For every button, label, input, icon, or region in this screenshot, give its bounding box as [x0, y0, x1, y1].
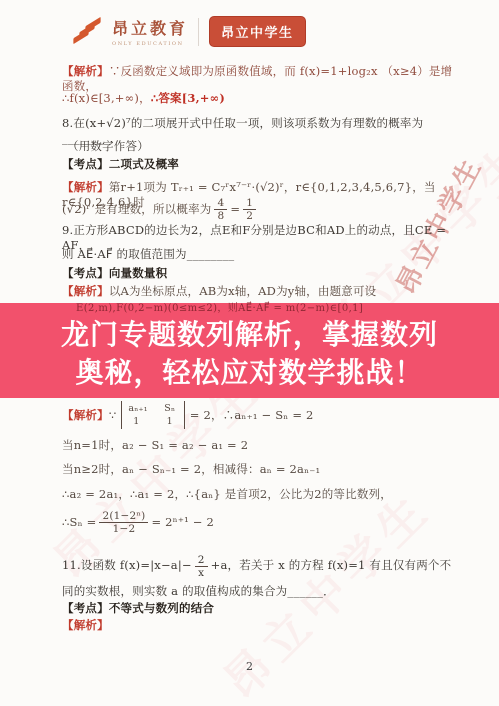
q9-question-line2: 则 AE⃗·AF⃗ 的取值范围为________ — [62, 247, 459, 262]
brand-name: 昂立教育 — [112, 16, 188, 39]
brand-tagline: ONLY EDUCATION — [112, 41, 188, 47]
brand-block: 昂立教育 ONLY EDUCATION — [112, 16, 188, 47]
fraction: 2(1−2ⁿ)1−2 — [99, 510, 148, 535]
q11-question: 11.设函数 f(x)=|x−a|−2x+a，若关于 x 的方程 f(x)=1 … — [62, 553, 459, 604]
analysis-label: 【解析】 — [62, 618, 109, 632]
fraction: 2x — [195, 554, 208, 579]
topic-label: 【考点】 — [62, 157, 109, 171]
q9-solution-line1: 【解析】以A为坐标原点，AB为x轴，AD为y轴，由题意可设 — [62, 284, 459, 299]
analysis-label: 【解析】 — [62, 408, 109, 423]
q9-topic: 【考点】向量数量积 — [62, 266, 459, 281]
q9-solution-line2: E(2,m),F(0,2−m)(0≤m≤2)，则AE⃗·AF⃗ = m(2−m)… — [76, 299, 363, 314]
q8-note: （用数字作答） — [67, 139, 459, 154]
header-divider — [198, 18, 199, 46]
determinant: aₙ₊₁Sₙ 11 — [121, 401, 184, 429]
q8-topic: 【考点】二项式及概率 — [62, 157, 459, 172]
promo-line2: 奥秘，轻松应对数学挑战！ — [0, 354, 499, 392]
q10-solution-line3: 当n≥2时，aₙ − Sₙ₋₁ = 2，相减得：aₙ = 2aₙ₋₁ — [62, 462, 459, 477]
q11-topic: 【考点】不等式与数列的结合 — [62, 601, 459, 616]
brand-logo-icon — [72, 19, 102, 45]
fraction: 12 — [243, 197, 256, 222]
analysis-label: 【解析】 — [62, 64, 109, 78]
q8-solution-line2: (√2)ʳ 是有理数，所以概率为 48 = 12 — [62, 197, 459, 222]
topic-label: 【考点】 — [62, 266, 109, 280]
promo-banner-text: 龙门专题数列解析，掌握数列 奥秘，轻松应对数学挑战！ — [0, 316, 499, 392]
analysis-label: 【解析】 — [62, 284, 109, 298]
q10-solution-line2: 当n=1时，a₂ − S₁ = a₂ − a₁ = 2 — [62, 438, 459, 453]
q7-solution-line1: 【解析】∵反函数定义域即为原函数值域，而 f(x)=1+log₂x （x≥4）是… — [62, 64, 459, 94]
brand-badge: 昂立中学生 — [209, 16, 306, 47]
q11-solution-label: 【解析】 — [62, 618, 459, 633]
q10-solution-line1: 【解析】 ∵ aₙ₊₁Sₙ 11 = 2，∴aₙ₊₁ − Sₙ = 2 — [62, 401, 459, 429]
q10-solution-line5: ∴Sₙ = 2(1−2ⁿ)1−2 = 2ⁿ⁺¹ − 2 — [62, 510, 459, 535]
promo-line1: 龙门专题数列解析，掌握数列 — [0, 316, 499, 354]
document-page: 昂立教育 ONLY EDUCATION 昂立中学生 昂立中学生 昂立中学生 昂立… — [0, 0, 499, 706]
fraction: 48 — [214, 197, 227, 222]
header: 昂立教育 ONLY EDUCATION 昂立中学生 — [72, 16, 306, 47]
page-number: 2 — [0, 660, 499, 673]
q7-solution-line2: ∴f(x)∈[3,+∞)，∴答案[3,+∞) — [62, 91, 459, 106]
promo-banner: 龙门专题数列解析，掌握数列 奥秘，轻松应对数学挑战！ — [0, 303, 499, 398]
analysis-label: 【解析】 — [62, 180, 109, 194]
topic-label: 【考点】 — [62, 601, 109, 615]
q7-answer: ∴答案[3,+∞) — [151, 91, 225, 105]
q10-solution-line4: ∴a₂ = 2a₁，∴a₁ = 2，∴{aₙ} 是首项2，公比为2的等比数列， — [62, 487, 459, 502]
